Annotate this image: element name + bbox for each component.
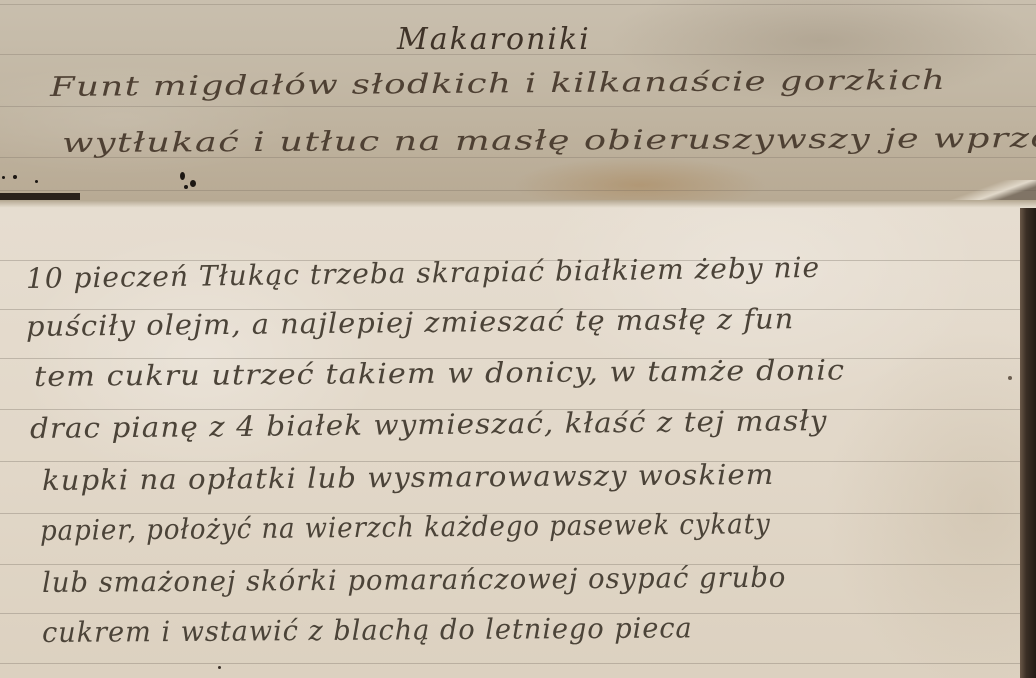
ink-blot: [13, 175, 17, 179]
recipe-line: cukrem i wstawić z blachą do letniego pi…: [42, 611, 693, 649]
torn-corner: [0, 193, 80, 200]
ink-blot: [180, 172, 185, 180]
recipe-line: puściły olejm, a najlepiej zmieszać tę m…: [26, 302, 795, 343]
document-photo: Makaroniki Funt migdałów słodkich i kilk…: [0, 0, 1036, 678]
ink-blot: [190, 180, 196, 187]
recipe-line: lub smażonej skórki pomarańczowej osypać…: [42, 561, 787, 599]
recipe-line: drac pianę z 4 białek wymieszać, kłaść z…: [30, 404, 828, 445]
ruled-line: [0, 106, 1036, 107]
recipe-line: Funt migdałów słodkich i kilkanaście gor…: [50, 65, 947, 103]
recipe-line: 10 pieczeń Tłukąc trzeba skrapiać białki…: [26, 251, 820, 295]
fragment-seam: [0, 200, 1036, 208]
ruled-line: [0, 4, 1036, 5]
ruled-line: [0, 190, 1036, 191]
recipe-line: tem cukru utrzeć takiem w donicy, w tamż…: [34, 353, 845, 393]
top-paper-fragment: Makaroniki Funt migdałów słodkich i kilk…: [0, 0, 1036, 200]
ink-blot: [184, 185, 188, 189]
recipe-title: Makaroniki: [397, 22, 591, 57]
recipe-line: kupki na opłatki lub wysmarowawszy woski…: [42, 458, 775, 497]
torn-edge: [946, 180, 1036, 200]
ruled-line: [0, 663, 1022, 664]
ink-blot: [35, 180, 38, 183]
torn-right-edge: [1020, 208, 1036, 678]
ink-speck: [218, 666, 221, 669]
ink-speck: [1008, 376, 1012, 380]
ink-blot: [2, 176, 5, 179]
recipe-line: papier, położyć na wierzch każdego pasew…: [40, 507, 771, 547]
recipe-line: wytłukać i utłuc na masłę obieruszywszy …: [62, 123, 1036, 159]
bottom-paper-fragment: 10 pieczeń Tłukąc trzeba skrapiać białki…: [0, 208, 1022, 678]
